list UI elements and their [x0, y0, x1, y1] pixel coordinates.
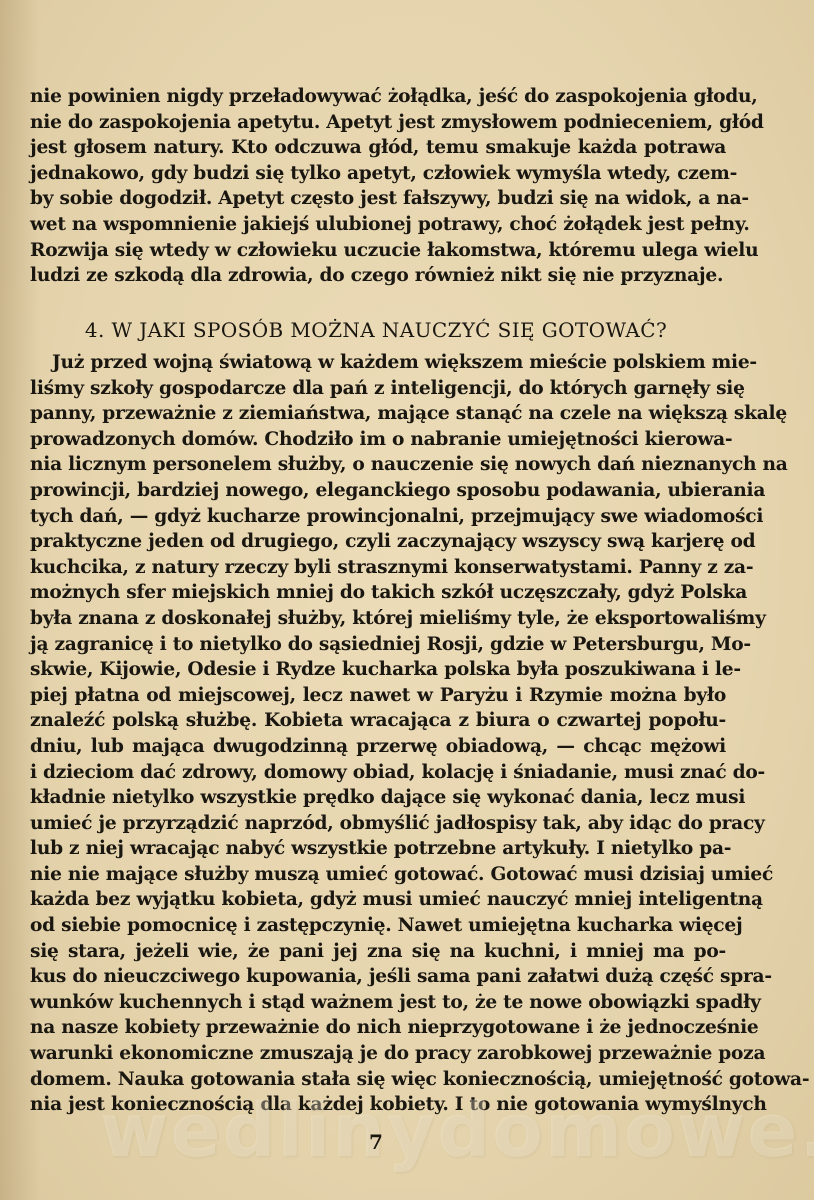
text-line: panny, przeważnie z ziemiaństwa, mające … [30, 401, 726, 427]
text-line: warunki ekonomiczne zmuszają je do pracy… [30, 1041, 726, 1067]
text-line: skwie, Kijowie, Odesie i Rydze kucharka … [30, 657, 726, 683]
text-line: nie powinien nigdy przeładowywać żołądka… [30, 84, 726, 110]
text-line: umieć je przyrządzić naprzód, obmyślić j… [30, 811, 726, 837]
text-line: Rozwija się wtedy w człowieku uczucie ła… [30, 238, 726, 264]
text-line: była znana z doskonałej służby, której m… [30, 606, 726, 632]
paragraph-continued: nie powinien nigdy przeładowywać żołądka… [30, 84, 726, 289]
text-line: by sobie dogodził. Apetyt często jest fa… [30, 186, 726, 212]
text-line: znaleźć polską służbę. Kobieta wracająca… [30, 708, 726, 734]
text-line: na nasze kobiety przeważnie do nich niep… [30, 1015, 726, 1041]
text-line: kładnie nietylko wszystkie prędko dające… [30, 785, 726, 811]
text-line: od siebie pomocnicę i zastępczynię. Nawe… [30, 913, 726, 939]
page-number: 7 [0, 1130, 752, 1154]
text-line: tych dań, — gdyż kucharze prowincjonalni… [30, 504, 726, 530]
section-heading: 4. W JAKI SPOSÓB MOŻNA NAUCZYĆ SIĘ GOTOW… [0, 318, 752, 342]
text-line: wunków kuchennych i stąd ważnem jest to,… [30, 990, 726, 1016]
text-line: liśmy szkoły gospodarcze dla pań z intel… [30, 376, 726, 402]
text-line: prowincji, bardziej nowego, eleganckiego… [30, 478, 726, 504]
text-line: praktyczne jeden od drugiego, czyli zacz… [30, 529, 726, 555]
text-line: dniu, lub mająca dwugodzinną przerwę obi… [30, 734, 726, 760]
text-line: domem. Nauka gotowania stała się więc ko… [30, 1067, 726, 1093]
book-page: nie powinien nigdy przeładowywać żołądka… [0, 0, 814, 1200]
text-line: kuchcika, z natury rzeczy byli strasznym… [30, 555, 726, 581]
text-line: piej płatna od miejscowej, lecz nawet w … [30, 683, 726, 709]
text-line: wet na wspomnienie jakiejś ulubionej pot… [30, 212, 726, 238]
text-line: prowadzonych domów. Chodziło im o nabran… [30, 427, 726, 453]
text-line: ją zagranicę i to nietylko do sąsiedniej… [30, 632, 726, 658]
text-line: Już przed wojną światową w każdem większ… [30, 350, 726, 376]
text-line: i dzieciom dać zdrowy, domowy obiad, kol… [30, 760, 726, 786]
section-paragraph: Już przed wojną światową w każdem większ… [30, 350, 726, 1118]
text-line: nie do zaspokojenia apetytu. Apetyt jest… [30, 110, 726, 136]
text-line: nia jest koniecznością dla każdej kobiet… [30, 1092, 726, 1118]
text-line: lub z niej wracając nabyć wszystkie potr… [30, 836, 726, 862]
text-line: nie nie mające służby muszą umieć gotowa… [30, 862, 726, 888]
text-line: każda bez wyjątku kobieta, gdyż musi umi… [30, 887, 726, 913]
text-line: jest głosem natury. Kto odczuwa głód, te… [30, 135, 726, 161]
text-line: się stara, jeżeli wie, że pani jej zna s… [30, 939, 726, 965]
text-line: nia licznym personelem służby, o nauczen… [30, 452, 726, 478]
text-line: ludzi ze szkodą dla zdrowia, do czego ró… [30, 263, 726, 289]
text-line: jednakowo, gdy budzi się tylko apetyt, c… [30, 161, 726, 187]
text-line: możnych sfer miejskich mniej do takich s… [30, 580, 726, 606]
text-line: kus do nieuczciwego kupowania, jeśli sam… [30, 964, 726, 990]
